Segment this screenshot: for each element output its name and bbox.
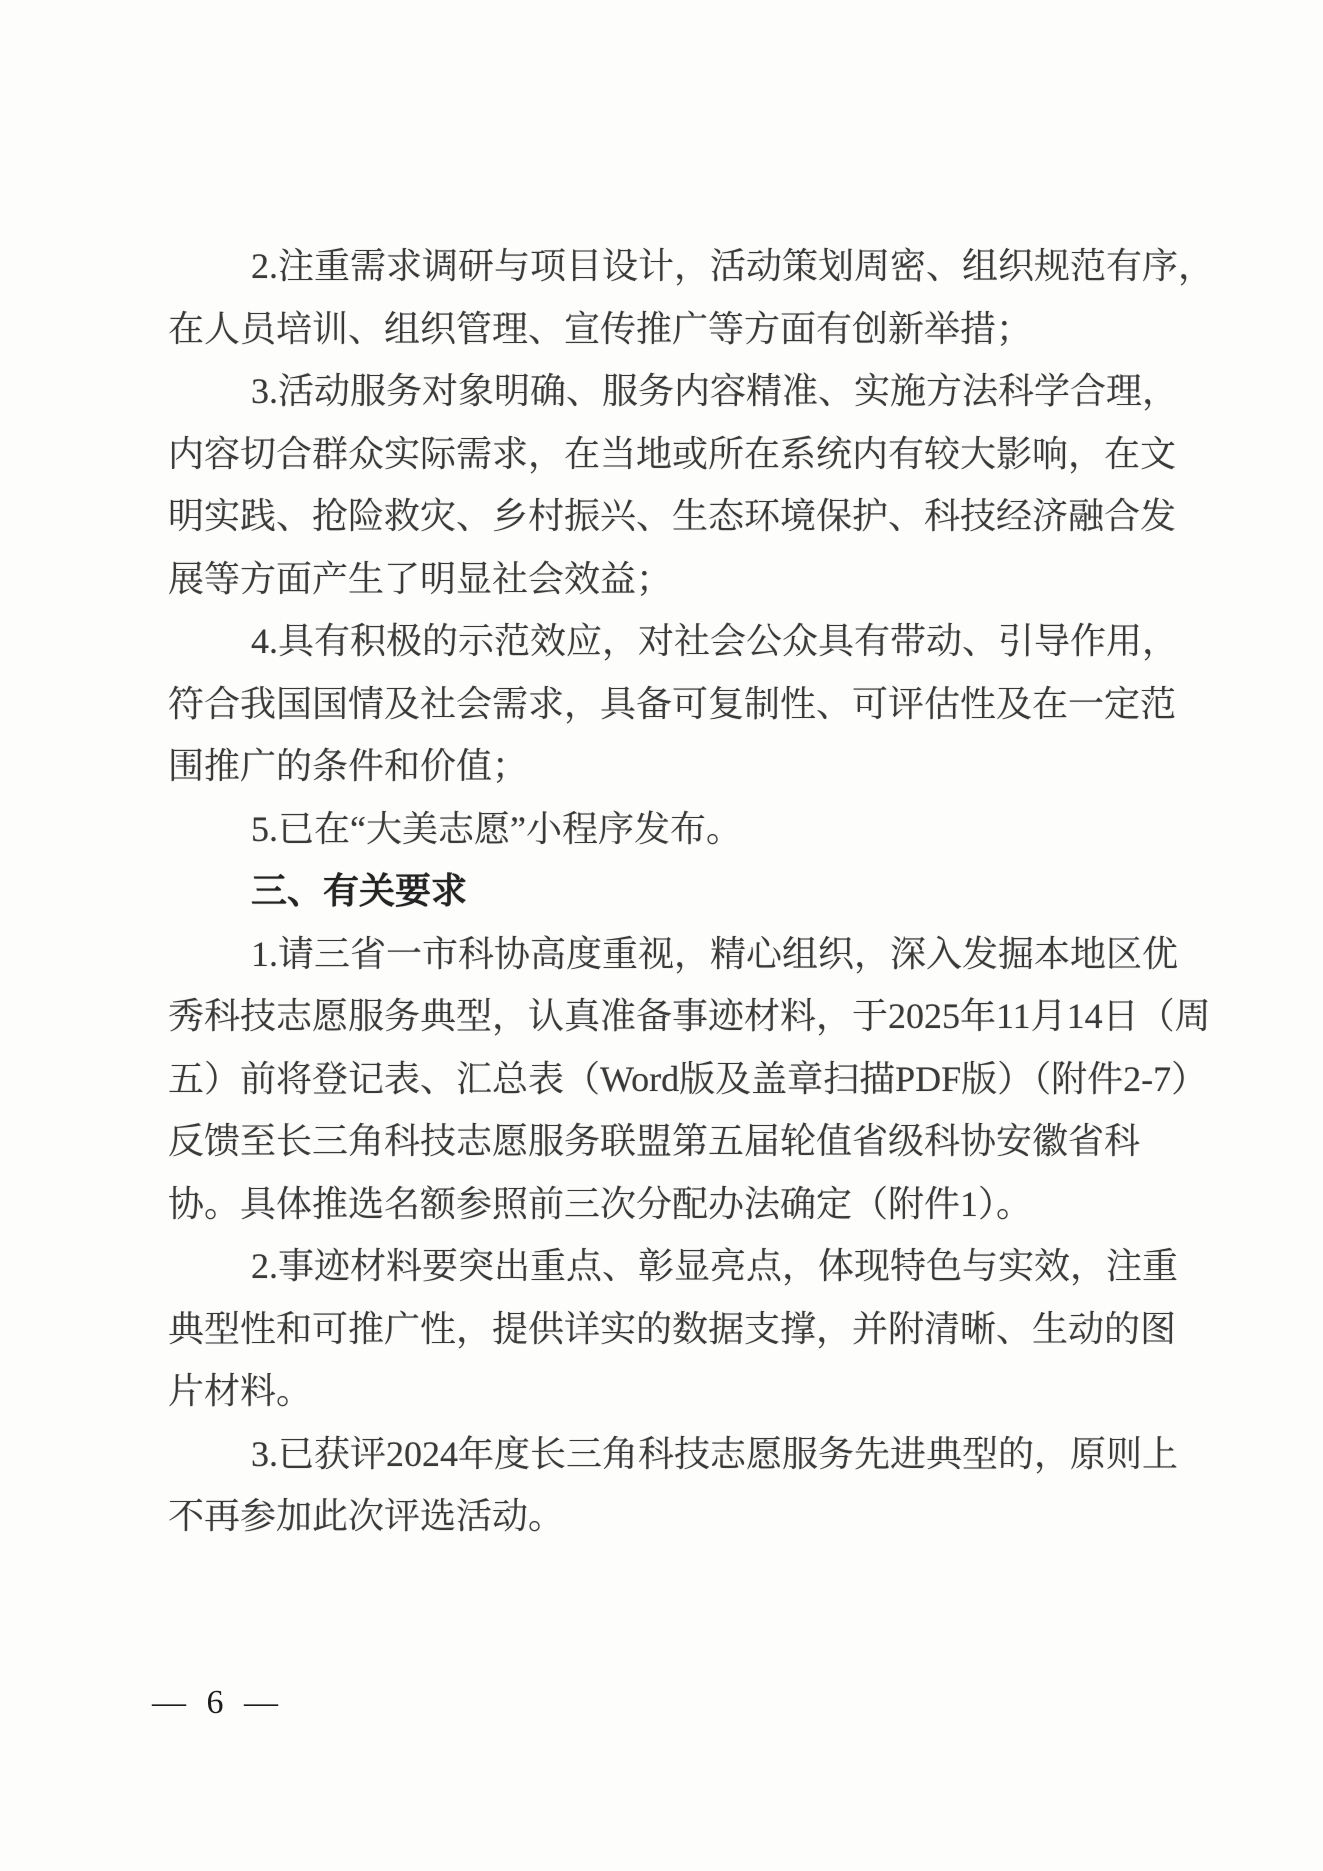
doc-line: 片材料。 bbox=[168, 1360, 1184, 1423]
doc-line: 不再参加此次评选活动。 bbox=[168, 1485, 1184, 1548]
doc-line: 典型性和可推广性，提供详实的数据支撑，并附清晰、生动的图 bbox=[168, 1298, 1184, 1361]
doc-line: 5.已在“大美志愿”小程序发布。 bbox=[168, 798, 1184, 861]
doc-line: 五）前将登记表、汇总表（Word版及盖章扫描PDF版）（附件2-7） bbox=[168, 1048, 1184, 1111]
page-number: — 6 — bbox=[152, 1680, 284, 1726]
doc-line: 3.已获评2024年度长三角科技志愿服务先进典型的，原则上 bbox=[168, 1423, 1184, 1486]
doc-line: 内容切合群众实际需求，在当地或所在系统内有较大影响，在文 bbox=[168, 423, 1184, 486]
section-heading-requirements: 三、有关要求 bbox=[168, 860, 1184, 923]
doc-line: 符合我国国情及社会需求，具备可复制性、可评估性及在一定范 bbox=[168, 673, 1184, 736]
doc-line: 2.注重需求调研与项目设计，活动策划周密、组织规范有序， bbox=[168, 235, 1184, 298]
doc-line: 展等方面产生了明显社会效益； bbox=[168, 548, 1184, 611]
doc-line: 1.请三省一市科协高度重视，精心组织，深入发掘本地区优 bbox=[168, 923, 1184, 986]
doc-line: 协。具体推选名额参照前三次分配办法确定（附件1）。 bbox=[168, 1173, 1184, 1236]
doc-line: 2.事迹材料要突出重点、彰显亮点，体现特色与实效，注重 bbox=[168, 1235, 1184, 1298]
doc-line: 围推广的条件和价值； bbox=[168, 735, 1184, 798]
document-page: 2.注重需求调研与项目设计，活动策划周密、组织规范有序， 在人员培训、组织管理、… bbox=[0, 0, 1323, 1871]
doc-line: 反馈至长三角科技志愿服务联盟第五届轮值省级科协安徽省科 bbox=[168, 1110, 1184, 1173]
document-body: 2.注重需求调研与项目设计，活动策划周密、组织规范有序， 在人员培训、组织管理、… bbox=[168, 235, 1184, 1548]
doc-line: 在人员培训、组织管理、宣传推广等方面有创新举措； bbox=[168, 298, 1184, 361]
doc-line: 秀科技志愿服务典型，认真准备事迹材料，于2025年11月14日（周 bbox=[168, 985, 1184, 1048]
doc-line: 明实践、抢险救灾、乡村振兴、生态环境保护、科技经济融合发 bbox=[168, 485, 1184, 548]
doc-line: 3.活动服务对象明确、服务内容精准、实施方法科学合理， bbox=[168, 360, 1184, 423]
doc-line: 4.具有积极的示范效应，对社会公众具有带动、引导作用， bbox=[168, 610, 1184, 673]
